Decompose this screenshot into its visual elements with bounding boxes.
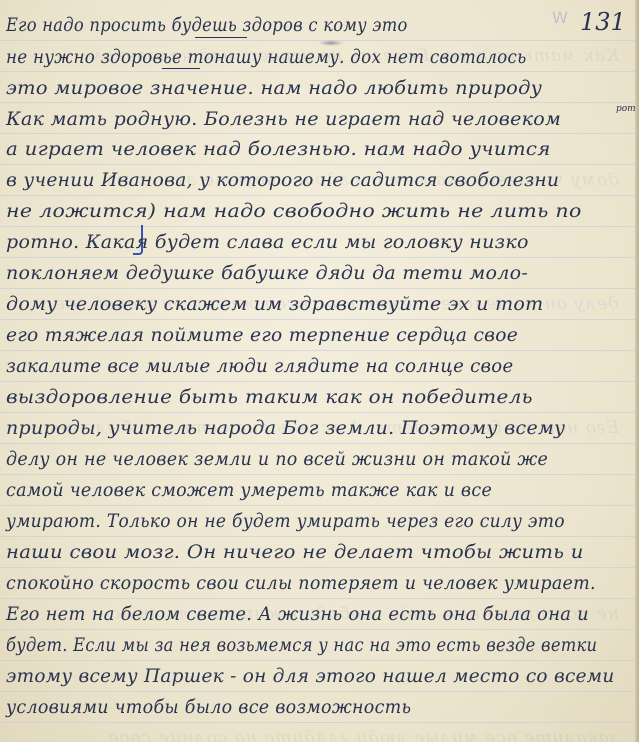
manuscript-page: Как мать родную. Болезнь не играет над ч…	[0, 0, 639, 742]
handwritten-line: не нужно здоровье тонашу нашему. дох нет…	[6, 44, 558, 70]
handwritten-line: в учении Иванова, у которого не садится …	[6, 167, 620, 193]
word-underline	[162, 68, 200, 69]
ruling-line	[0, 381, 639, 382]
ruling-line	[0, 629, 639, 630]
page-number: 131	[580, 8, 626, 36]
handwritten-line: закалите все милые люди глядите на солнц…	[6, 353, 602, 379]
ruling-line	[0, 598, 639, 599]
ruling-line	[0, 412, 639, 413]
ruling-line	[0, 133, 639, 134]
handwritten-line: Как мать родную. Болезнь не играет над ч…	[6, 106, 633, 132]
handwritten-line: дому человеку скажем им здравствуйте эх …	[6, 291, 633, 317]
ruling-line	[0, 691, 639, 692]
handwritten-line: Его нет на белом свете. А жизнь она есть…	[6, 601, 595, 627]
handwritten-line: поклоняем дедушке бабушке дяди да тети м…	[6, 260, 633, 286]
pencil-mark: W	[552, 8, 568, 27]
ruling-line	[0, 257, 639, 258]
ruling-line	[0, 102, 639, 103]
handwritten-line: этому всему Паршек - он для этого нашел …	[6, 663, 614, 689]
handwritten-line: умирают. Только он не будет умирать чере…	[6, 508, 570, 534]
handwritten-line: условиями чтобы было все возможность	[6, 694, 448, 720]
ruling-line	[0, 195, 639, 196]
handwritten-line: будет. Если мы за нея возьмемся у нас на…	[6, 632, 545, 658]
handwritten-line: это мировое значение. нам надо любить пр…	[6, 75, 639, 101]
ruling-line	[0, 319, 639, 320]
ruling-line	[0, 71, 639, 72]
ruling-line	[0, 660, 639, 661]
handwritten-line: наши свои мозг. Он ничего не делает чтоб…	[6, 539, 639, 565]
word-underline	[195, 37, 247, 38]
handwritten-line: делу он не человек земли и по всей жизни…	[6, 446, 583, 472]
ruling-line	[0, 567, 639, 568]
handwritten-line: не ложится) нам надо свободно жить не ли…	[6, 198, 639, 224]
ruling-line	[0, 164, 639, 165]
handwritten-line: ротно. Какая будет слава если мы головку…	[6, 229, 633, 255]
handwritten-line: а играет человек над болезнью. нам надо …	[6, 136, 639, 162]
handwritten-line: спокойно скорость свои силы потеряет и ч…	[6, 570, 583, 596]
handwritten-line: природы, учитель народа Бог земли. Поэто…	[6, 415, 633, 441]
ruling-line	[0, 350, 639, 351]
ruling-line	[0, 722, 639, 723]
bleed-through-text: закалите все милые люди глядите на солнц…	[0, 728, 639, 742]
ruling-line	[0, 536, 639, 537]
handwritten-line: его тяжелая поймите его терпение сердца …	[6, 322, 620, 348]
ruling-line	[0, 474, 639, 475]
ruling-line	[0, 505, 639, 506]
handwritten-line: Его надо просить будешь здоров с кому эт…	[6, 12, 545, 38]
ruling-line	[0, 226, 639, 227]
page-edge	[635, 0, 639, 742]
ruling-line	[0, 443, 639, 444]
ruling-line	[0, 288, 639, 289]
handwritten-line: самой человек сможет умереть также как и…	[6, 477, 583, 503]
handwritten-line: выздоровление быть таким как он победите…	[6, 384, 639, 410]
